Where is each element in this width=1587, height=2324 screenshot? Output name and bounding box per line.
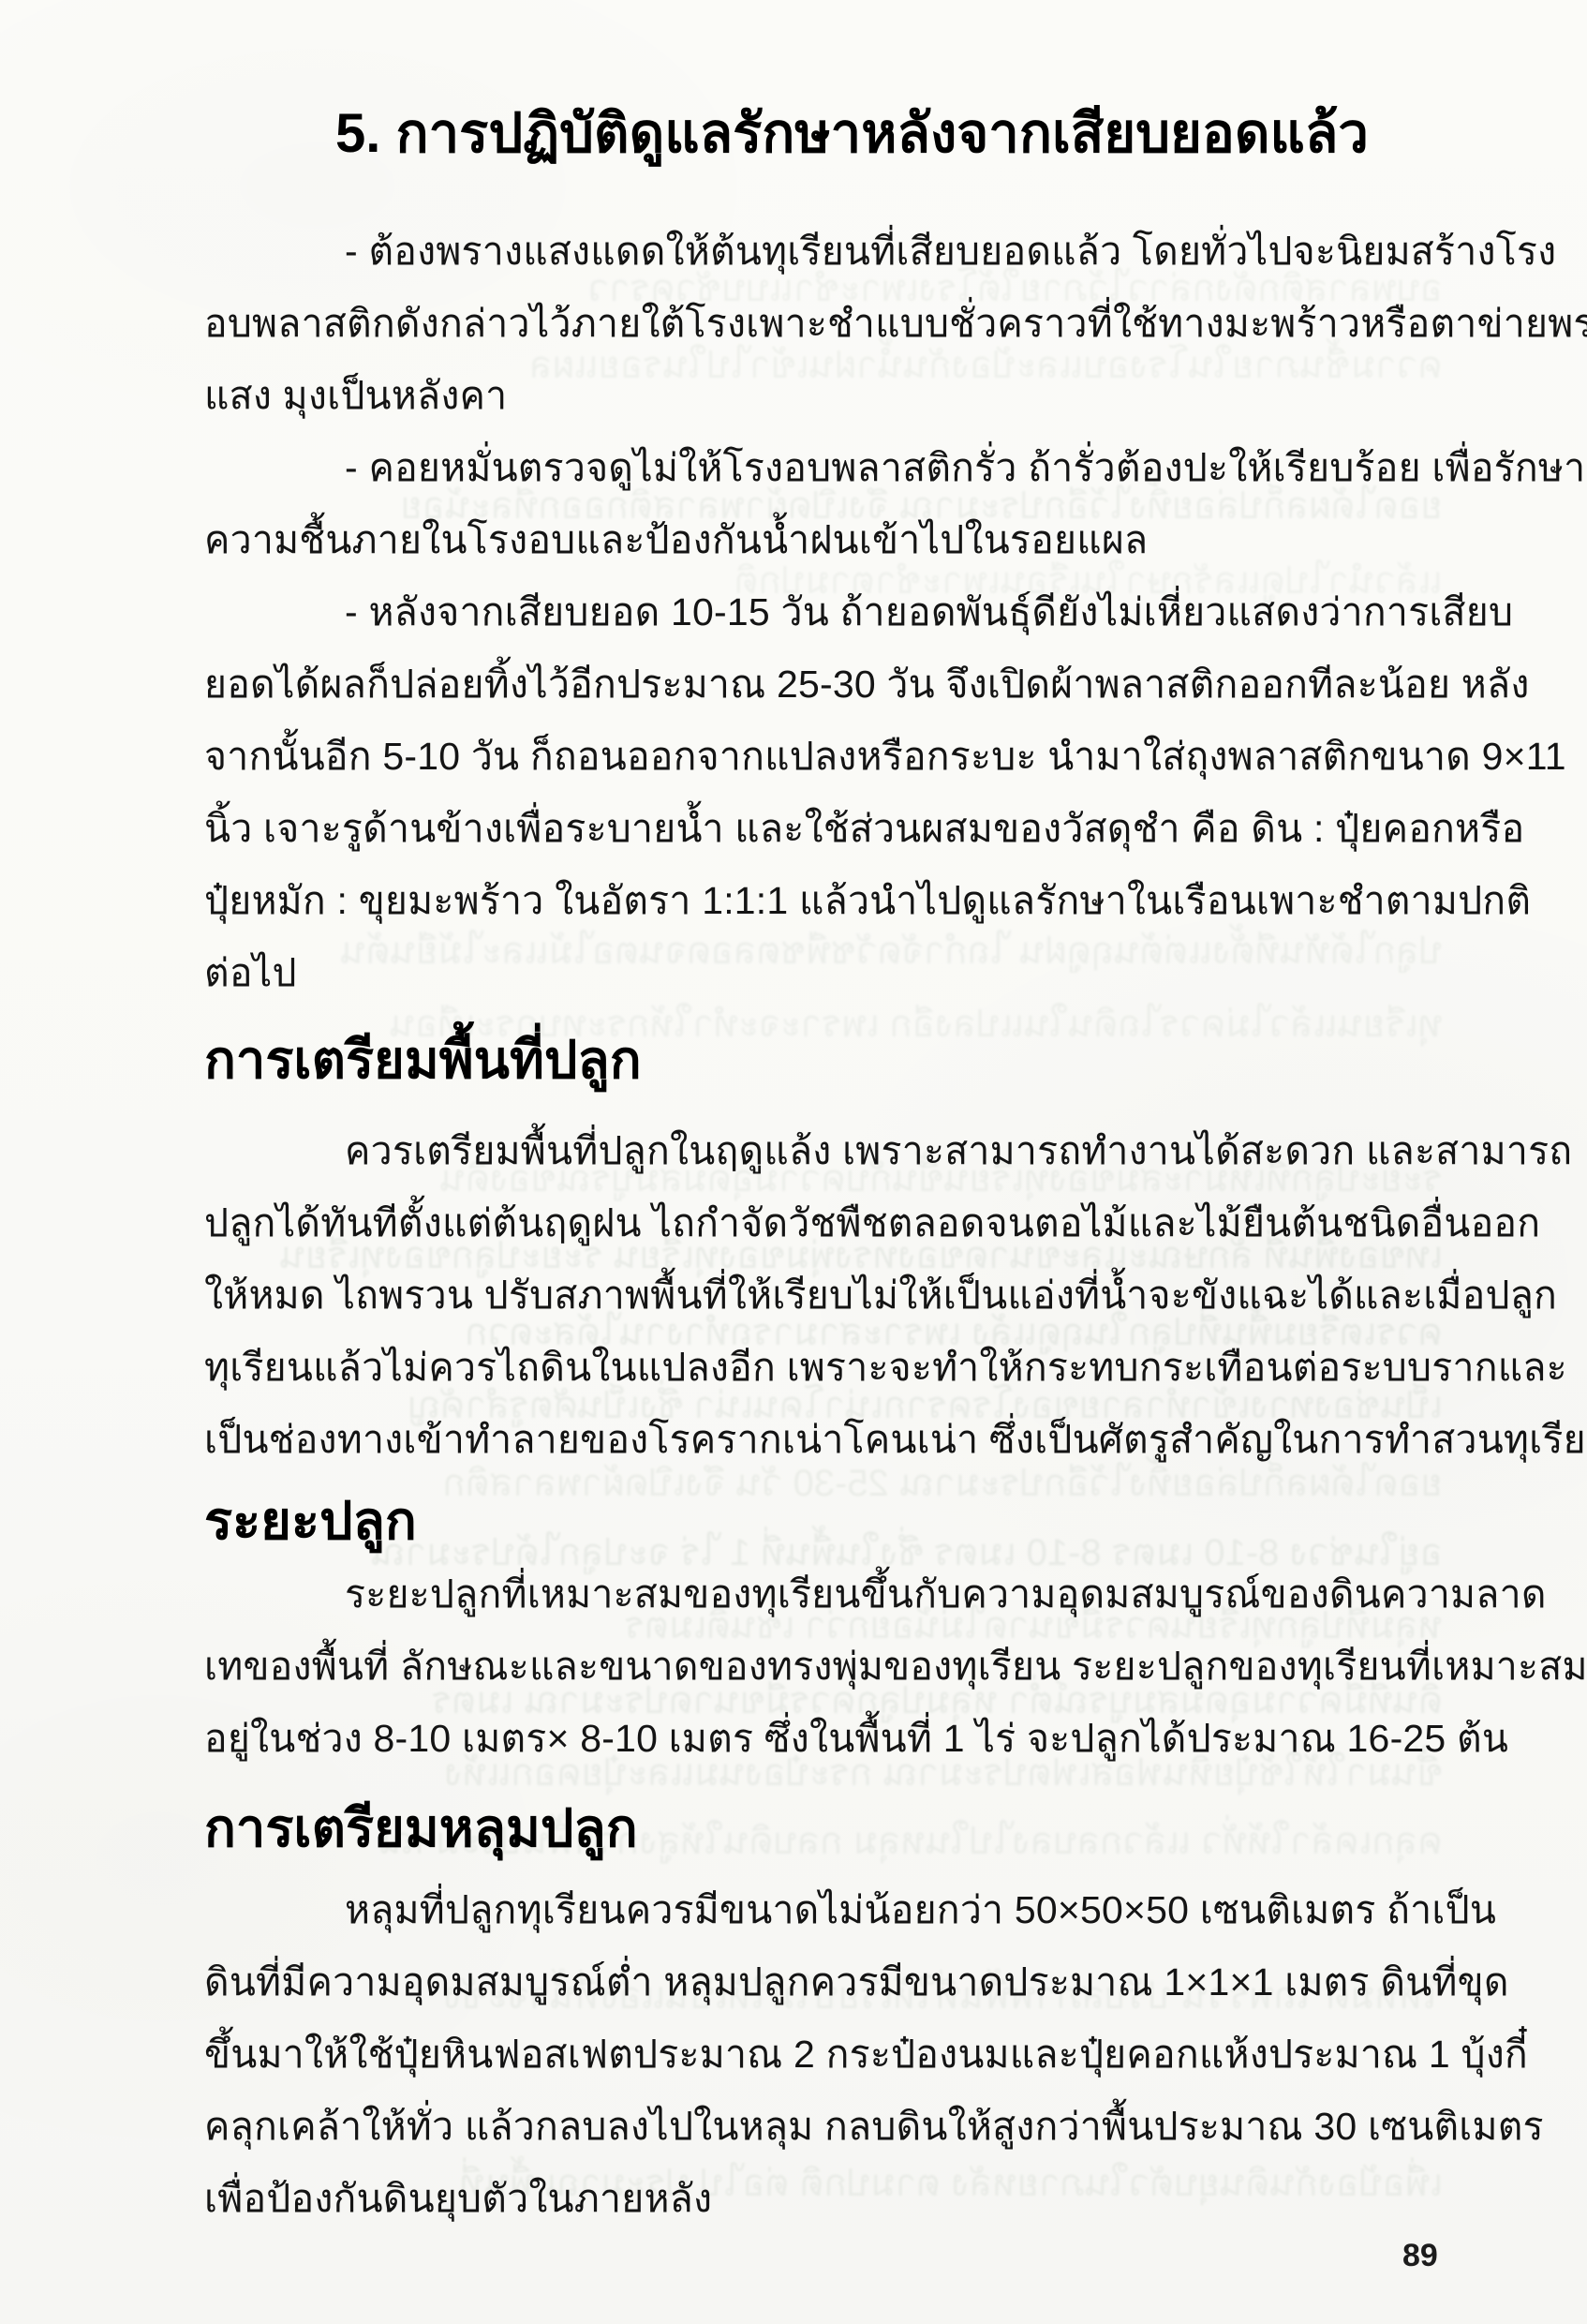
text-line: ทุเรียนแล้วไม่ควรไถดินในแปลงอีก เพราะจะท…	[204, 1332, 1443, 1404]
text-line: เป็นช่องทางเข้าทำลายของโรครากเน่าโคนเน่า…	[204, 1404, 1443, 1476]
section-heading: การเตรียมหลุมปลูก	[204, 1785, 1443, 1871]
section-body: ควรเตรียมพื้นที่ปลูกในฤดูแล้ง เพราะสามาร…	[204, 1115, 1443, 1476]
text-line: ขึ้นมาให้ใช้ปุ๋ยหินฟอสเฟตประมาณ 2 กระป๋อ…	[204, 2019, 1443, 2091]
text-line: อบพลาสติกดังกล่าวไว้ภายใต้โรงเพาะชำแบบชั…	[204, 288, 1443, 360]
text-line: ความชื้นภายในโรงอบและป้องกันน้ำฝนเข้าไปใ…	[204, 504, 1443, 576]
text-line: - คอยหมั่นตรวจดูไม่ให้โรงอบพลาสติกรั่ว ถ…	[204, 432, 1443, 504]
page-title: 5. การปฏิบัติดูแลรักษาหลังจากเสียบยอดแล้…	[335, 92, 1443, 176]
section-body: - ต้องพรางแสงแดดให้ต้นทุเรียนที่เสียบยอด…	[204, 216, 1443, 1009]
scanned-page: อบพลาสติกดังกล่าวไว้ภายใต้โรงเพาะชำแบบชั…	[0, 0, 1587, 2324]
text-line: ต่อไป	[204, 937, 1443, 1009]
text-line: ควรเตรียมพื้นที่ปลูกในฤดูแล้ง เพราะสามาร…	[204, 1115, 1443, 1187]
text-line: ปลูกได้ทันทีตั้งแต่ต้นฤดูฝน ไถกำจัดวัชพื…	[204, 1187, 1443, 1259]
section-heading: ระยะปลูก	[204, 1478, 1443, 1564]
text-line: ปุ๋ยหมัก : ขุยมะพร้าว ในอัตรา 1:1:1 แล้ว…	[204, 865, 1443, 937]
text-line: ดินที่มีความอุดมสมบูรณ์ต่ำ หลุมปลูกควรมี…	[204, 1946, 1443, 2019]
section-body: ระยะปลูกที่เหมาะสมของทุเรียนขึ้นกับความอ…	[204, 1558, 1443, 1775]
text-line: - ต้องพรางแสงแดดให้ต้นทุเรียนที่เสียบยอด…	[204, 216, 1443, 288]
text-line: - หลังจากเสียบยอด 10-15 วัน ถ้ายอดพันธุ์…	[204, 576, 1443, 648]
text-line: ยอดได้ผลก็ปล่อยทิ้งไว้อีกประมาณ 25-30 วั…	[204, 648, 1443, 721]
section-heading: การเตรียมพื้นที่ปลูก	[204, 1017, 1443, 1103]
text-line: คลุกเคล้าให้ทั่ว แล้วกลบลงไปในหลุม กลบดิ…	[204, 2091, 1443, 2163]
text-line: นิ้ว เจาะรูด้านข้างเพื่อระบายน้ำ และใช้ส…	[204, 793, 1443, 865]
text-line: ระยะปลูกที่เหมาะสมของทุเรียนขึ้นกับความอ…	[204, 1558, 1443, 1631]
text-line: จากนั้นอีก 5-10 วัน ก็ถอนออกจากแปลงหรือก…	[204, 721, 1443, 793]
section-body: หลุมที่ปลูกทุเรียนควรมีขนาดไม่น้อยกว่า 5…	[204, 1874, 1443, 2235]
text-line: ให้หมด ไถพรวน ปรับสภาพพื้นที่ให้เรียบไม่…	[204, 1259, 1443, 1332]
text-line: เพื่อป้องกันดินยุบตัวในภายหลัง	[204, 2163, 1443, 2235]
text-line: หลุมที่ปลูกทุเรียนควรมีขนาดไม่น้อยกว่า 5…	[204, 1874, 1443, 1946]
text-line: อยู่ในช่วง 8-10 เมตร× 8-10 เมตร ซึ่งในพื…	[204, 1703, 1443, 1775]
page-content: 5. การปฏิบัติดูแลรักษาหลังจากเสียบยอดแล้…	[204, 0, 1443, 2235]
page-number: 89	[1402, 2238, 1438, 2274]
text-line: เทของพื้นที่ ลักษณะและขนาดของทรงพุ่มของท…	[204, 1631, 1443, 1703]
text-line: แสง มุงเป็นหลังคา	[204, 360, 1443, 432]
